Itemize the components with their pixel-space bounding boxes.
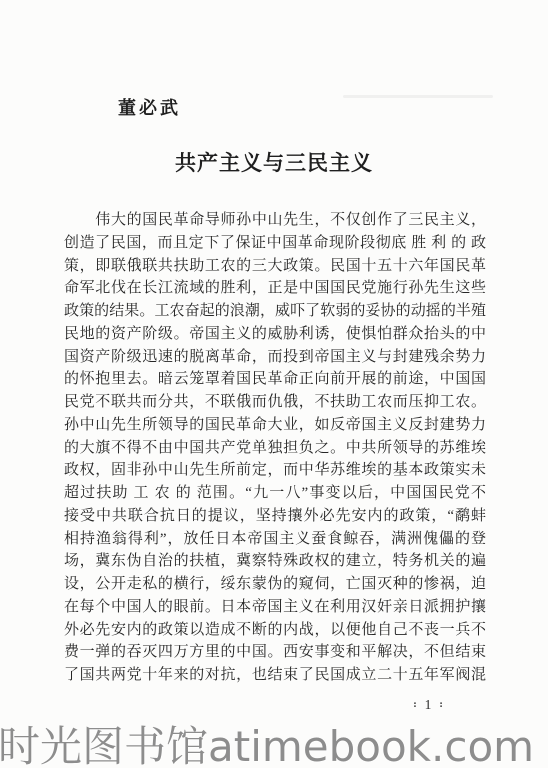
body-line: 在每个中国人的眼前。日本帝国主义在利用汉奸亲日派拥护攘 — [64, 596, 486, 619]
author-name: 董必武 — [118, 94, 181, 120]
body-line: 民党不联共而分共，不联俄而仇俄，不扶助工农而压抑工农。 — [64, 391, 486, 414]
body-text: 伟大的国民革命导师孙中山先生，不仅创作了三民主义， 创造了民国，而且定下了保证中… — [64, 209, 486, 687]
document-title: 共产主义与三民主义 — [0, 147, 548, 177]
body-line: 策，即联俄联共扶助工农的三大政策。民国十五十六年国民革 — [64, 255, 486, 278]
watermark-text: 时光图书馆atimebook.com — [0, 714, 548, 768]
body-line: 设，公开走私的横行，绥东蒙伪的窥伺，亡国灭种的惨祸，迫 — [64, 573, 486, 596]
body-line: 的怀抱里去。暗云笼罩着国民革命正向前开展的前途，中国国 — [64, 368, 486, 391]
body-line: 政权，固非孙中山先生所前定，而中华苏维埃的基本政策实未 — [64, 459, 486, 482]
body-line: 费一弹的吞灭四万方里的中国。西安事变和平解决，不但结束 — [64, 641, 486, 664]
body-line: 孙中山先生所领导的国民革命大业，如反帝国主义反封建势力 — [64, 414, 486, 437]
scan-smudge — [343, 95, 493, 98]
body-line: 相持渔翁得利”，放任日本帝国主义蚕食鲸吞，满洲傀儡的登 — [64, 528, 486, 551]
body-line: 政策的结果。工农奋起的浪潮，威吓了软弱的妥协的动摇的半殖 — [64, 300, 486, 323]
page-number: : 1 : — [398, 696, 458, 714]
body-line: 创造了民国，而且定下了保证中国革命现阶段彻底 胜 利 的 政 — [64, 232, 486, 255]
book-page: 董必武 共产主义与三民主义 伟大的国民革命导师孙中山先生，不仅创作了三民主义， … — [0, 0, 548, 768]
body-line: 国资产阶级迅速的脱离革命，而投到帝国主义与封建残余势力 — [64, 346, 486, 369]
page-number-value: 1 — [425, 698, 432, 712]
page-number-right-mark: : — [438, 701, 443, 710]
body-line: 民地的资产阶级。帝国主义的威胁利诱，使惧怕群众抬头的中 — [64, 323, 486, 346]
body-line: 伟大的国民革命导师孙中山先生，不仅创作了三民主义， — [64, 209, 486, 232]
body-line: 场，冀东伪自治的扶植，冀察特殊政权的建立，特务机关的遍 — [64, 550, 486, 573]
body-line: 的大旗不得不由中国共产党单独担负之。中共所领导的苏维埃 — [64, 437, 486, 460]
body-line: 超过扶助 工 农 的 范围。“九一八”事变以后，中国国民党不 — [64, 482, 486, 505]
body-line: 外必先安内的政策以造成不断的内战，以便他自己不丧一兵不 — [64, 619, 486, 642]
body-line: 命军北伐在长江流域的胜利，正是中国国民党施行孙先生这些 — [64, 277, 486, 300]
body-line: 了国共两党十年来的对抗，也结束了民国成立二十五年军阀混 — [64, 664, 486, 687]
page-number-left-mark: : — [412, 701, 417, 710]
body-line: 接受中共联合抗日的提议，坚持攘外必先安内的政策，“鹬蚌 — [64, 505, 486, 528]
